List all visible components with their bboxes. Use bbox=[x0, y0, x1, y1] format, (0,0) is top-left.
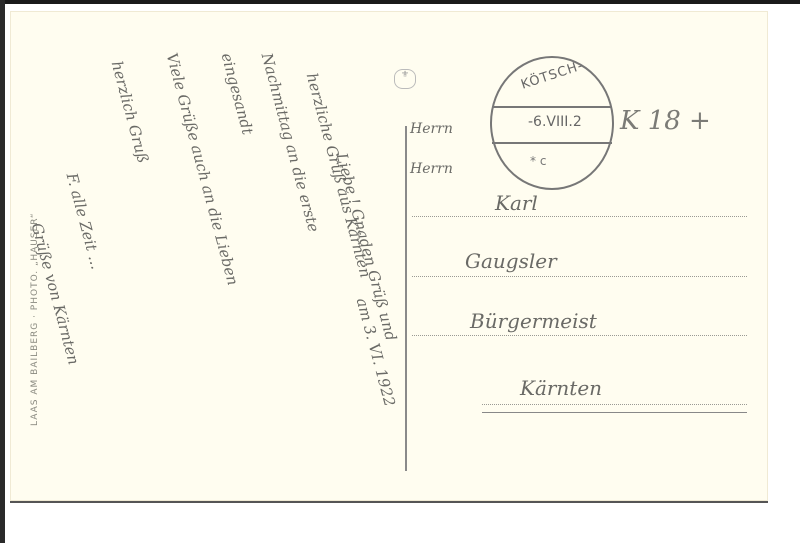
address-prefix: Herrn bbox=[410, 161, 453, 177]
emblem-icon: ⚜ bbox=[394, 69, 416, 89]
postmark: KÖTSCH- -6.VIII.2 * c bbox=[490, 56, 614, 190]
scan-top-edge bbox=[0, 0, 800, 4]
divider-line bbox=[405, 126, 407, 471]
address-rule bbox=[412, 335, 747, 336]
address-line-surname: Gaugsler bbox=[465, 249, 557, 273]
address-rule bbox=[412, 276, 747, 277]
message-line: eingesandt bbox=[218, 51, 257, 137]
address-salutation: Herrn bbox=[410, 121, 453, 137]
postcard: LAAS AM BAILBERG · PHOTO. „HAUSER“ herzl… bbox=[10, 11, 768, 503]
message-line: herzlich Gruß bbox=[108, 59, 153, 165]
postmark-town: KÖTSCH- bbox=[519, 58, 585, 92]
postmark-date: -6.VIII.2 bbox=[528, 114, 582, 130]
postmark-band: -6.VIII.2 bbox=[492, 106, 612, 144]
address-rule bbox=[482, 404, 747, 405]
fee-marking: K 18 + bbox=[620, 106, 711, 136]
message-line: F. alle Zeit ... bbox=[63, 171, 106, 271]
address-line-name: Karl bbox=[495, 191, 538, 215]
address-line-title: Bürgermeist bbox=[470, 309, 597, 333]
address-rule bbox=[412, 216, 747, 217]
postmark-code: * c bbox=[530, 154, 546, 168]
address-underline bbox=[482, 412, 747, 413]
scan-left-edge bbox=[0, 0, 5, 543]
publisher-imprint: LAAS AM BAILBERG · PHOTO. „HAUSER“ bbox=[30, 126, 40, 426]
address-line-place: Kärnten bbox=[520, 376, 602, 400]
